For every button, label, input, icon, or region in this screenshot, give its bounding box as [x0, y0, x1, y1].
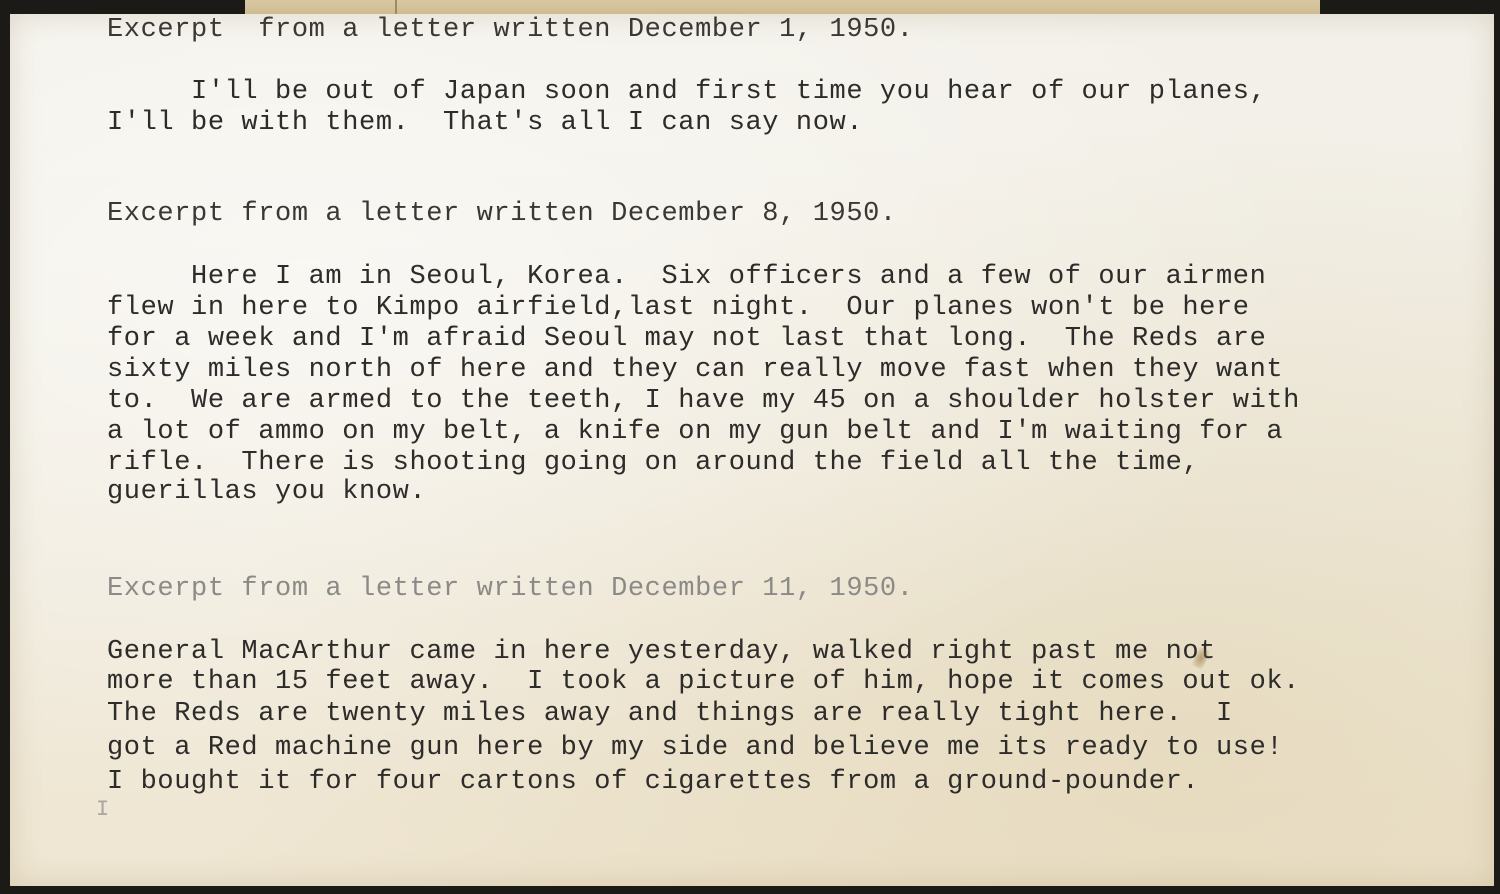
- excerpt-2-line-1: Here I am in Seoul, Korea. Six officers …: [107, 262, 1266, 293]
- excerpt-2-line-7: rifle. There is shooting going on around…: [107, 448, 1199, 479]
- excerpt-2-line-3: for a week and I'm afraid Seoul may not …: [107, 324, 1266, 355]
- excerpt-2-heading: Excerpt from a letter written December 8…: [107, 199, 897, 230]
- excerpt-3-heading: Excerpt from a letter written December 1…: [107, 574, 914, 605]
- excerpt-3-line-5: I bought it for four cartons of cigarett…: [107, 767, 1199, 798]
- excerpt-3-line-2: more than 15 feet away. I took a picture…: [107, 667, 1300, 698]
- excerpt-1-line-2: I'll be with them. That's all I can say …: [107, 108, 863, 139]
- excerpt-2-line-4: sixty miles north of here and they can r…: [107, 355, 1283, 386]
- excerpt-1-line-1: I'll be out of Japan soon and first time…: [107, 77, 1266, 108]
- stray-typed-mark: I: [96, 797, 109, 822]
- excerpt-3-line-1: General MacArthur came in here yesterday…: [107, 637, 1216, 668]
- excerpt-3-line-3: The Reds are twenty miles away and thing…: [107, 699, 1233, 730]
- excerpt-2-line-6: a lot of ammo on my belt, a knife on my …: [107, 417, 1283, 448]
- excerpt-2-line-5: to. We are armed to the teeth, I have my…: [107, 386, 1300, 417]
- excerpt-2-line-2: flew in here to Kimpo airfield,last nigh…: [107, 293, 1250, 324]
- excerpt-1-heading: Excerpt from a letter written December 1…: [107, 15, 914, 46]
- excerpt-2-line-8: guerillas you know.: [107, 477, 426, 508]
- excerpt-3-line-4: got a Red machine gun here by my side an…: [107, 733, 1283, 764]
- strip-seam: [395, 0, 397, 14]
